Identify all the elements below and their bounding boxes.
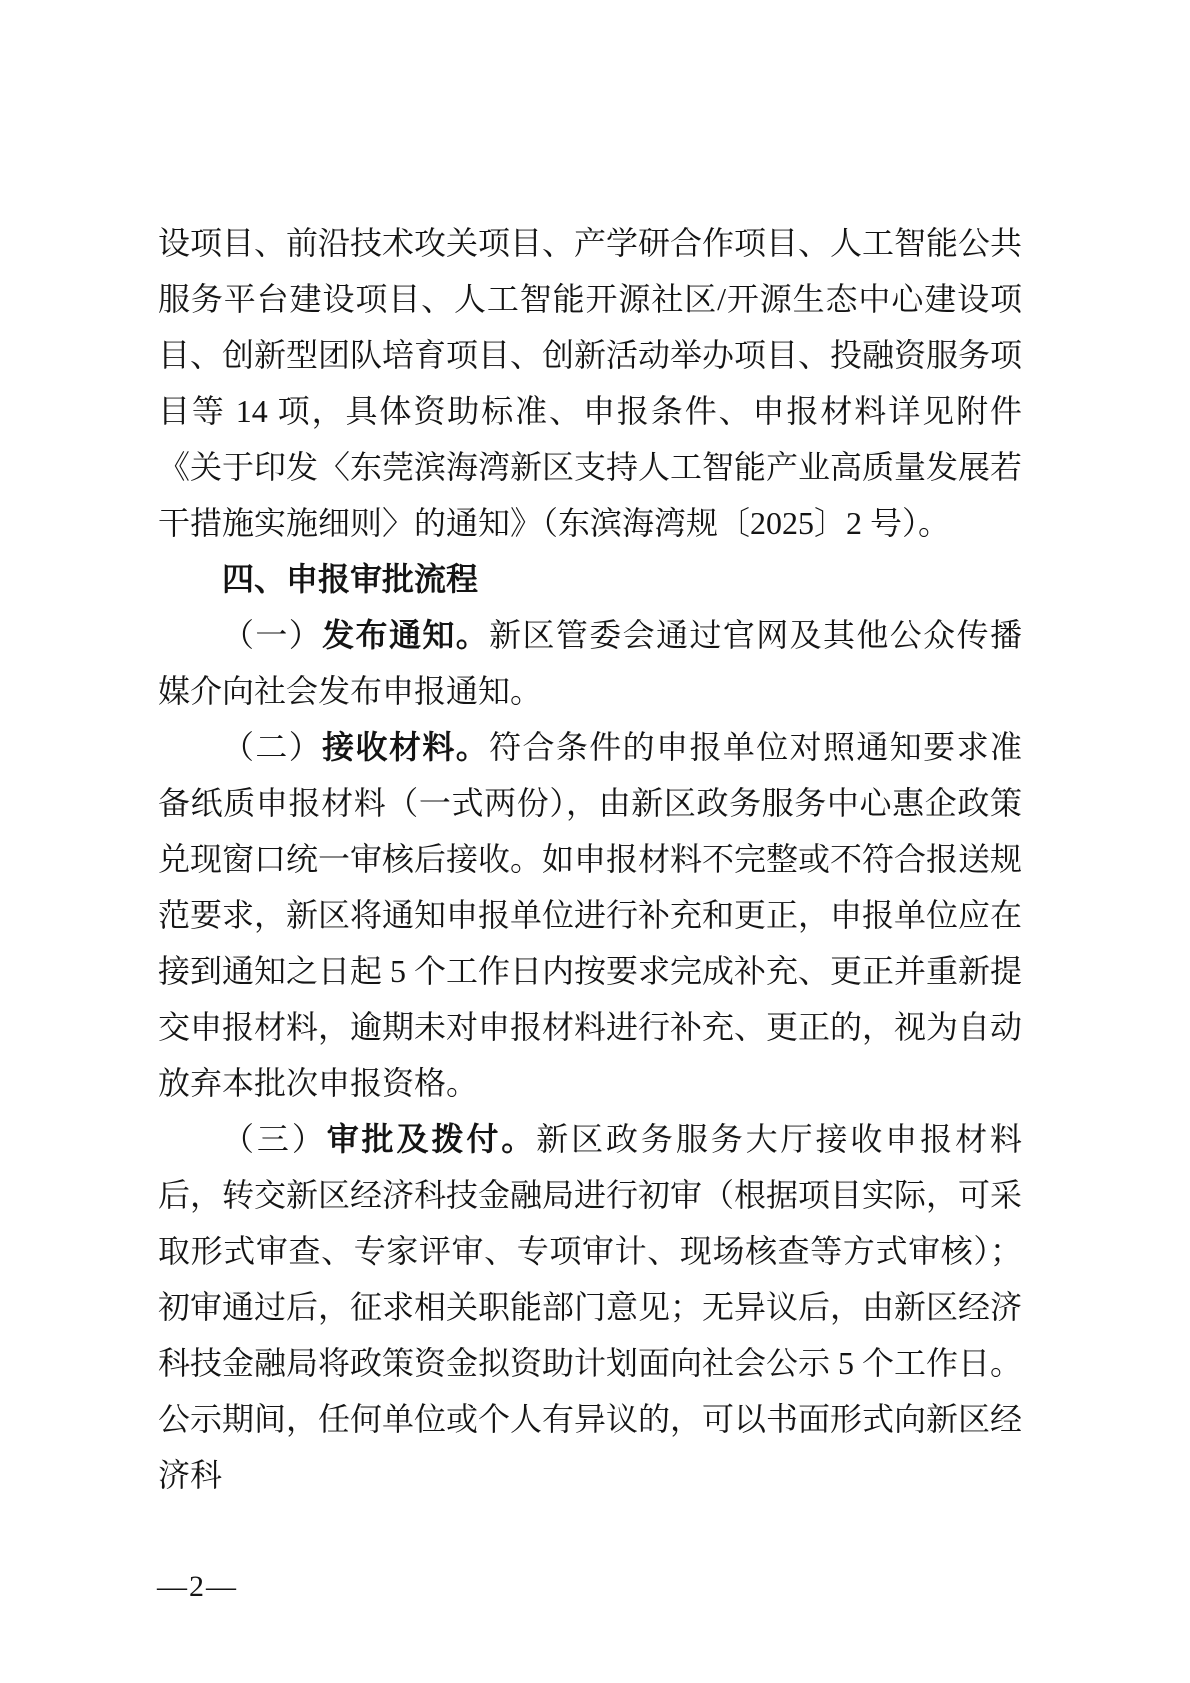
item-1: （一）发布通知。新区管委会通过官网及其他公众传播媒介向社会发布申报通知。 [158,607,1022,719]
item-3-body: 新区政务服务大厅接收申报材料后，转交新区经济科技金融局进行初审（根据项目实际，可… [158,1121,1022,1493]
item-2-number: （二） [222,729,322,765]
section-heading: 四、申报审批流程 [158,551,1022,607]
item-3-number: （三） [222,1121,327,1157]
item-3-title: 审批及拨付。 [327,1121,536,1157]
item-1-title: 发布通知。 [322,617,489,653]
item-1-number: （一） [222,617,322,653]
document-page: 设项目、前沿技术攻关项目、产学研合作项目、人工智能公共服务平台建设项目、人工智能… [0,0,1190,1683]
page-number: —2— [157,1570,238,1604]
item-3: （三）审批及拨付。新区政务服务大厅接收申报材料后，转交新区经济科技金融局进行初审… [158,1111,1022,1503]
document-body: 设项目、前沿技术攻关项目、产学研合作项目、人工智能公共服务平台建设项目、人工智能… [158,215,1022,1503]
item-2: （二）接收材料。符合条件的申报单位对照通知要求准备纸质申报材料（一式两份），由新… [158,719,1022,1111]
item-2-title: 接收材料。 [322,729,489,765]
item-2-body: 符合条件的申报单位对照通知要求准备纸质申报材料（一式两份），由新区政务服务中心惠… [158,729,1022,1101]
continuation-paragraph: 设项目、前沿技术攻关项目、产学研合作项目、人工智能公共服务平台建设项目、人工智能… [158,215,1022,551]
